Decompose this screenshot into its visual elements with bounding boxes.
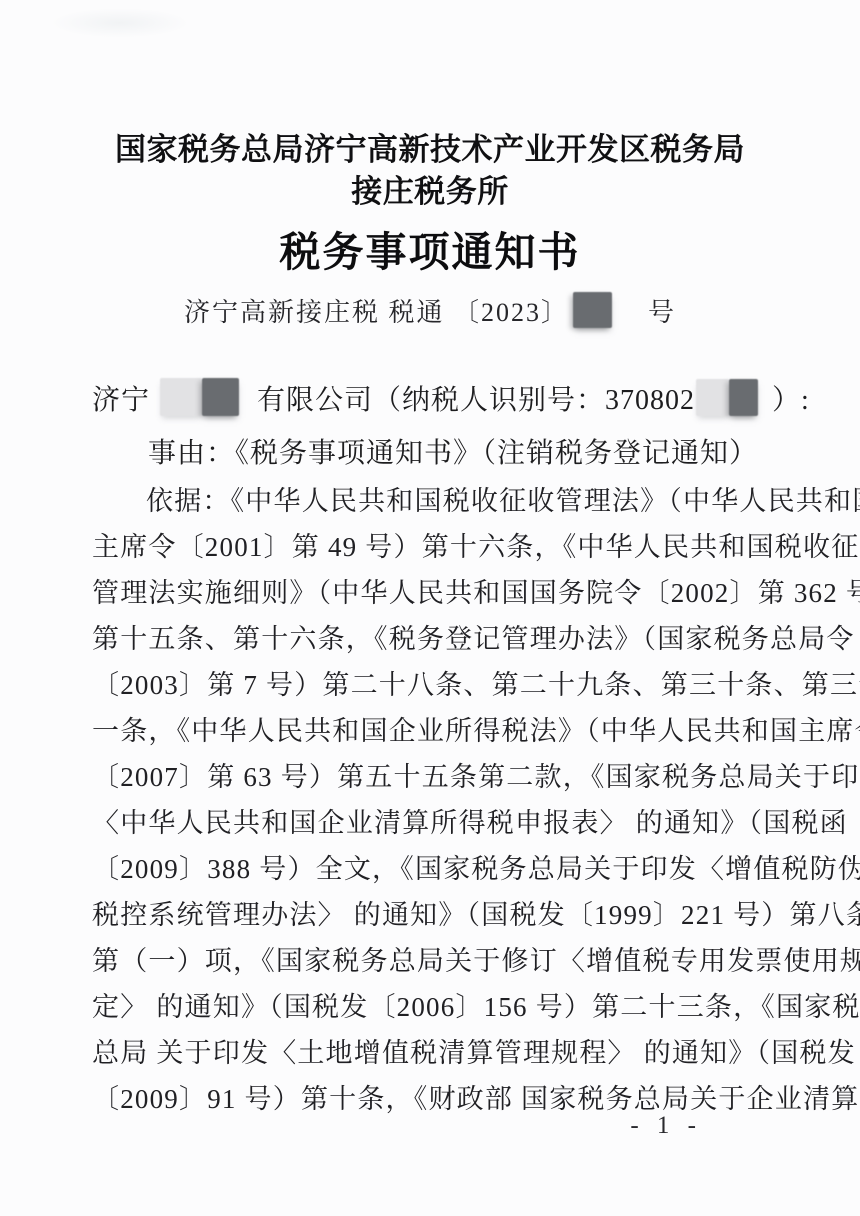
legal-basis-line: 第十五条、第十六条，《税务登记管理办法》（国家税务总局令: [92, 616, 768, 662]
addressee-closing: ）:: [772, 385, 810, 416]
addressee-city-prefix: 济宁: [92, 385, 150, 416]
addressee-middle-text: 有限公司（纳税人识别号：370802: [249, 385, 695, 416]
taxpayer-id-redaction-light: [696, 379, 729, 416]
legal-basis-line: 〔2009〕388 号）全文，《国家税务总局关于印发〈增值税防伪: [92, 846, 768, 892]
addressee-line: 济宁 有限公司（纳税人识别号：370802）:: [92, 378, 768, 421]
legal-basis-line: 一条，《中华人民共和国企业所得税法》（中华人民共和国主席令: [92, 708, 768, 754]
legal-basis-line: 管理法实施细则》（中华人民共和国国务院令〔2002〕第 362 号）: [92, 570, 768, 616]
legal-basis-line: 总局 关于印发〈土地增值税清算管理规程〉 的通知》（国税发: [92, 1030, 768, 1076]
subject-line: 事由：《税务事项通知书》（注销税务登记通知）: [92, 434, 768, 474]
legal-basis-line: 主席令〔2001〕第 49 号）第十六条，《中华人民共和国税收征收: [92, 524, 768, 570]
scan-noise-smudge: [50, 8, 190, 38]
legal-basis-line: 依据：《中华人民共和国税收征收管理法》（中华人民共和国: [92, 478, 768, 524]
document-number-prefix: 济宁高新接庄税 税通 〔2023〕: [184, 298, 569, 327]
legal-basis-line: 税控系统管理办法〉 的通知》（国税发〔1999〕221 号）第八条: [92, 892, 768, 938]
company-name-redaction-dark: [202, 378, 239, 416]
document-header: 国家税务总局济宁高新技术产业开发区税务局 接庄税务所 税务事项通知书 济宁高新接…: [92, 130, 768, 332]
company-name-redaction-light: [160, 378, 202, 416]
legal-basis-line: 第（一）项，《国家税务总局关于修订〈增值税专用发票使用规: [92, 938, 768, 984]
agency-name-line2: 接庄税务所: [92, 172, 768, 212]
document-number-suffix: 号: [648, 298, 676, 327]
legal-basis-line: 定〉 的通知》（国税发〔2006〕156 号）第二十三条，《国家税务: [92, 984, 768, 1030]
doc-number-redaction-box: [573, 292, 612, 328]
document-page: 国家税务总局济宁高新技术产业开发区税务局 接庄税务所 税务事项通知书 济宁高新接…: [0, 0, 860, 1216]
document-number-line: 济宁高新接庄税 税通 〔2023〕号: [92, 292, 768, 332]
document-title: 税务事项通知书: [92, 226, 768, 278]
legal-basis-line: 〈中华人民共和国企业清算所得税申报表〉 的通知》（国税函: [92, 800, 768, 846]
page-number: - 1 -: [630, 1112, 702, 1140]
legal-basis-line: 〔2003〕第 7 号）第二十八条、第二十九条、第三十条、第三十: [92, 662, 768, 708]
taxpayer-id-redaction-dark: [729, 379, 758, 416]
legal-basis-line: 〔2007〕第 63 号）第五十五条第二款，《国家税务总局关于印发: [92, 754, 768, 800]
document-body: 济宁 有限公司（纳税人识别号：370802）: 事由：《税务事项通知书》（注销税…: [92, 378, 768, 1122]
agency-name-line1: 国家税务总局济宁高新技术产业开发区税务局: [92, 130, 768, 170]
legal-basis-paragraph: 依据：《中华人民共和国税收征收管理法》（中华人民共和国主席令〔2001〕第 49…: [92, 478, 768, 1122]
